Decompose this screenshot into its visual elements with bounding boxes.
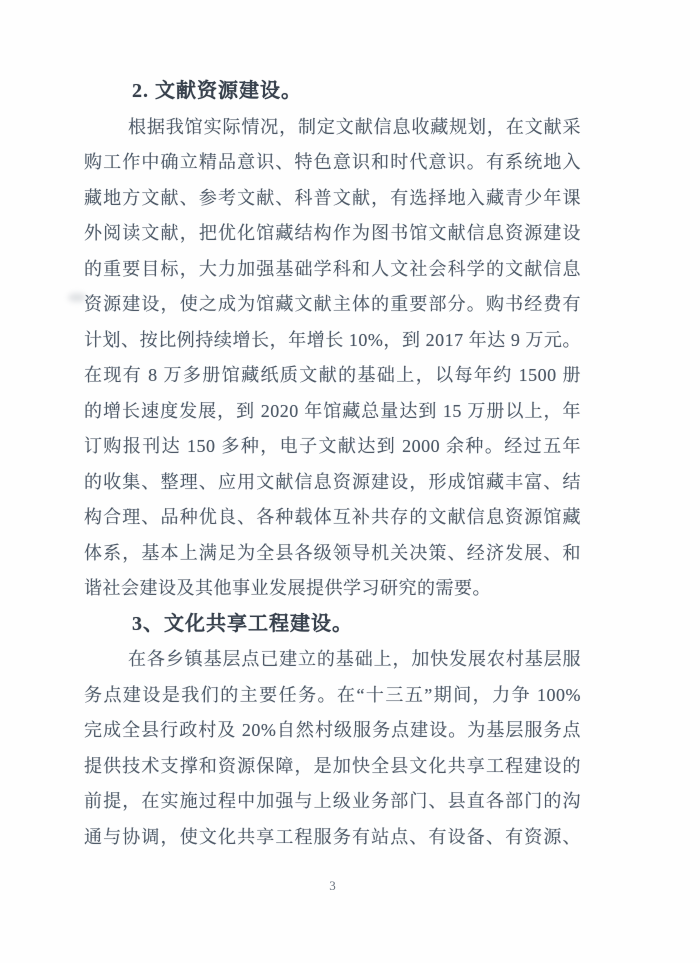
text-line: 务点建设是我们的主要任务。在“十三五”期间，力争 100% bbox=[84, 678, 581, 714]
section-heading: 2. 文献资源建设。 bbox=[84, 74, 581, 110]
document-page: { "page": { "number": "3", "colors": { "… bbox=[0, 0, 700, 963]
text-line: 在各乡镇基层点已建立的基础上，加快发展农村基层服 bbox=[84, 642, 581, 678]
text-line: 在现有 8 万多册馆藏纸质文献的基础上，以每年约 1500 册 bbox=[84, 358, 581, 394]
text-line: 的收集、整理、应用文献信息资源建设，形成馆藏丰富、结 bbox=[84, 465, 581, 501]
text-line: 资源建设，使之成为馆藏文献主体的重要部分。购书经费有 bbox=[84, 287, 581, 323]
text-line: 的重要目标，大力加强基础学科和人文社会科学的文献信息 bbox=[84, 252, 581, 288]
text-line: 通与协调，使文化共享工程服务有站点、有设备、有资源、 bbox=[84, 820, 581, 856]
document-text-block: 2. 文献资源建设。 根据我馆实际情况，制定文献信息收藏规划，在文献采 购工作中… bbox=[84, 74, 581, 855]
paper-sheet: 2. 文献资源建设。 根据我馆实际情况，制定文献信息收藏规划，在文献采 购工作中… bbox=[0, 0, 700, 963]
page-number: 3 bbox=[84, 876, 581, 896]
text-line: 外阅读文献，把优化馆藏结构作为图书馆文献信息资源建设 bbox=[84, 216, 581, 252]
text-line: 提供技术支撑和资源保障，是加快全县文化共享工程建设的 bbox=[84, 749, 581, 785]
text-line: 前提，在实施过程中加强与上级业务部门、县直各部门的沟 bbox=[84, 784, 581, 820]
text-line: 构合理、品种优良、各种载体互补共存的文献信息资源馆藏 bbox=[84, 500, 581, 536]
text-line: 谐社会建设及其他事业发展提供学习研究的需要。 bbox=[84, 571, 581, 607]
text-line: 订购报刊达 150 多种，电子文献达到 2000 余种。经过五年 bbox=[84, 429, 581, 465]
text-line: 的增长速度发展，到 2020 年馆藏总量达到 15 万册以上，年 bbox=[84, 394, 581, 430]
text-line: 根据我馆实际情况，制定文献信息收藏规划，在文献采 bbox=[84, 110, 581, 146]
text-line: 完成全县行政村及 20%自然村级服务点建设。为基层服务点 bbox=[84, 713, 581, 749]
text-line: 体系，基本上满足为全县各级领导机关决策、经济发展、和 bbox=[84, 536, 581, 572]
section-heading: 3、文化共享工程建设。 bbox=[84, 607, 581, 643]
text-line: 计划、按比例持续增长，年增长 10%，到 2017 年达 9 万元。 bbox=[84, 323, 581, 359]
text-line: 藏地方文献、参考文献、科普文献，有选择地入藏青少年课 bbox=[84, 181, 581, 217]
text-line: 购工作中确立精品意识、特色意识和时代意识。有系统地入 bbox=[84, 145, 581, 181]
